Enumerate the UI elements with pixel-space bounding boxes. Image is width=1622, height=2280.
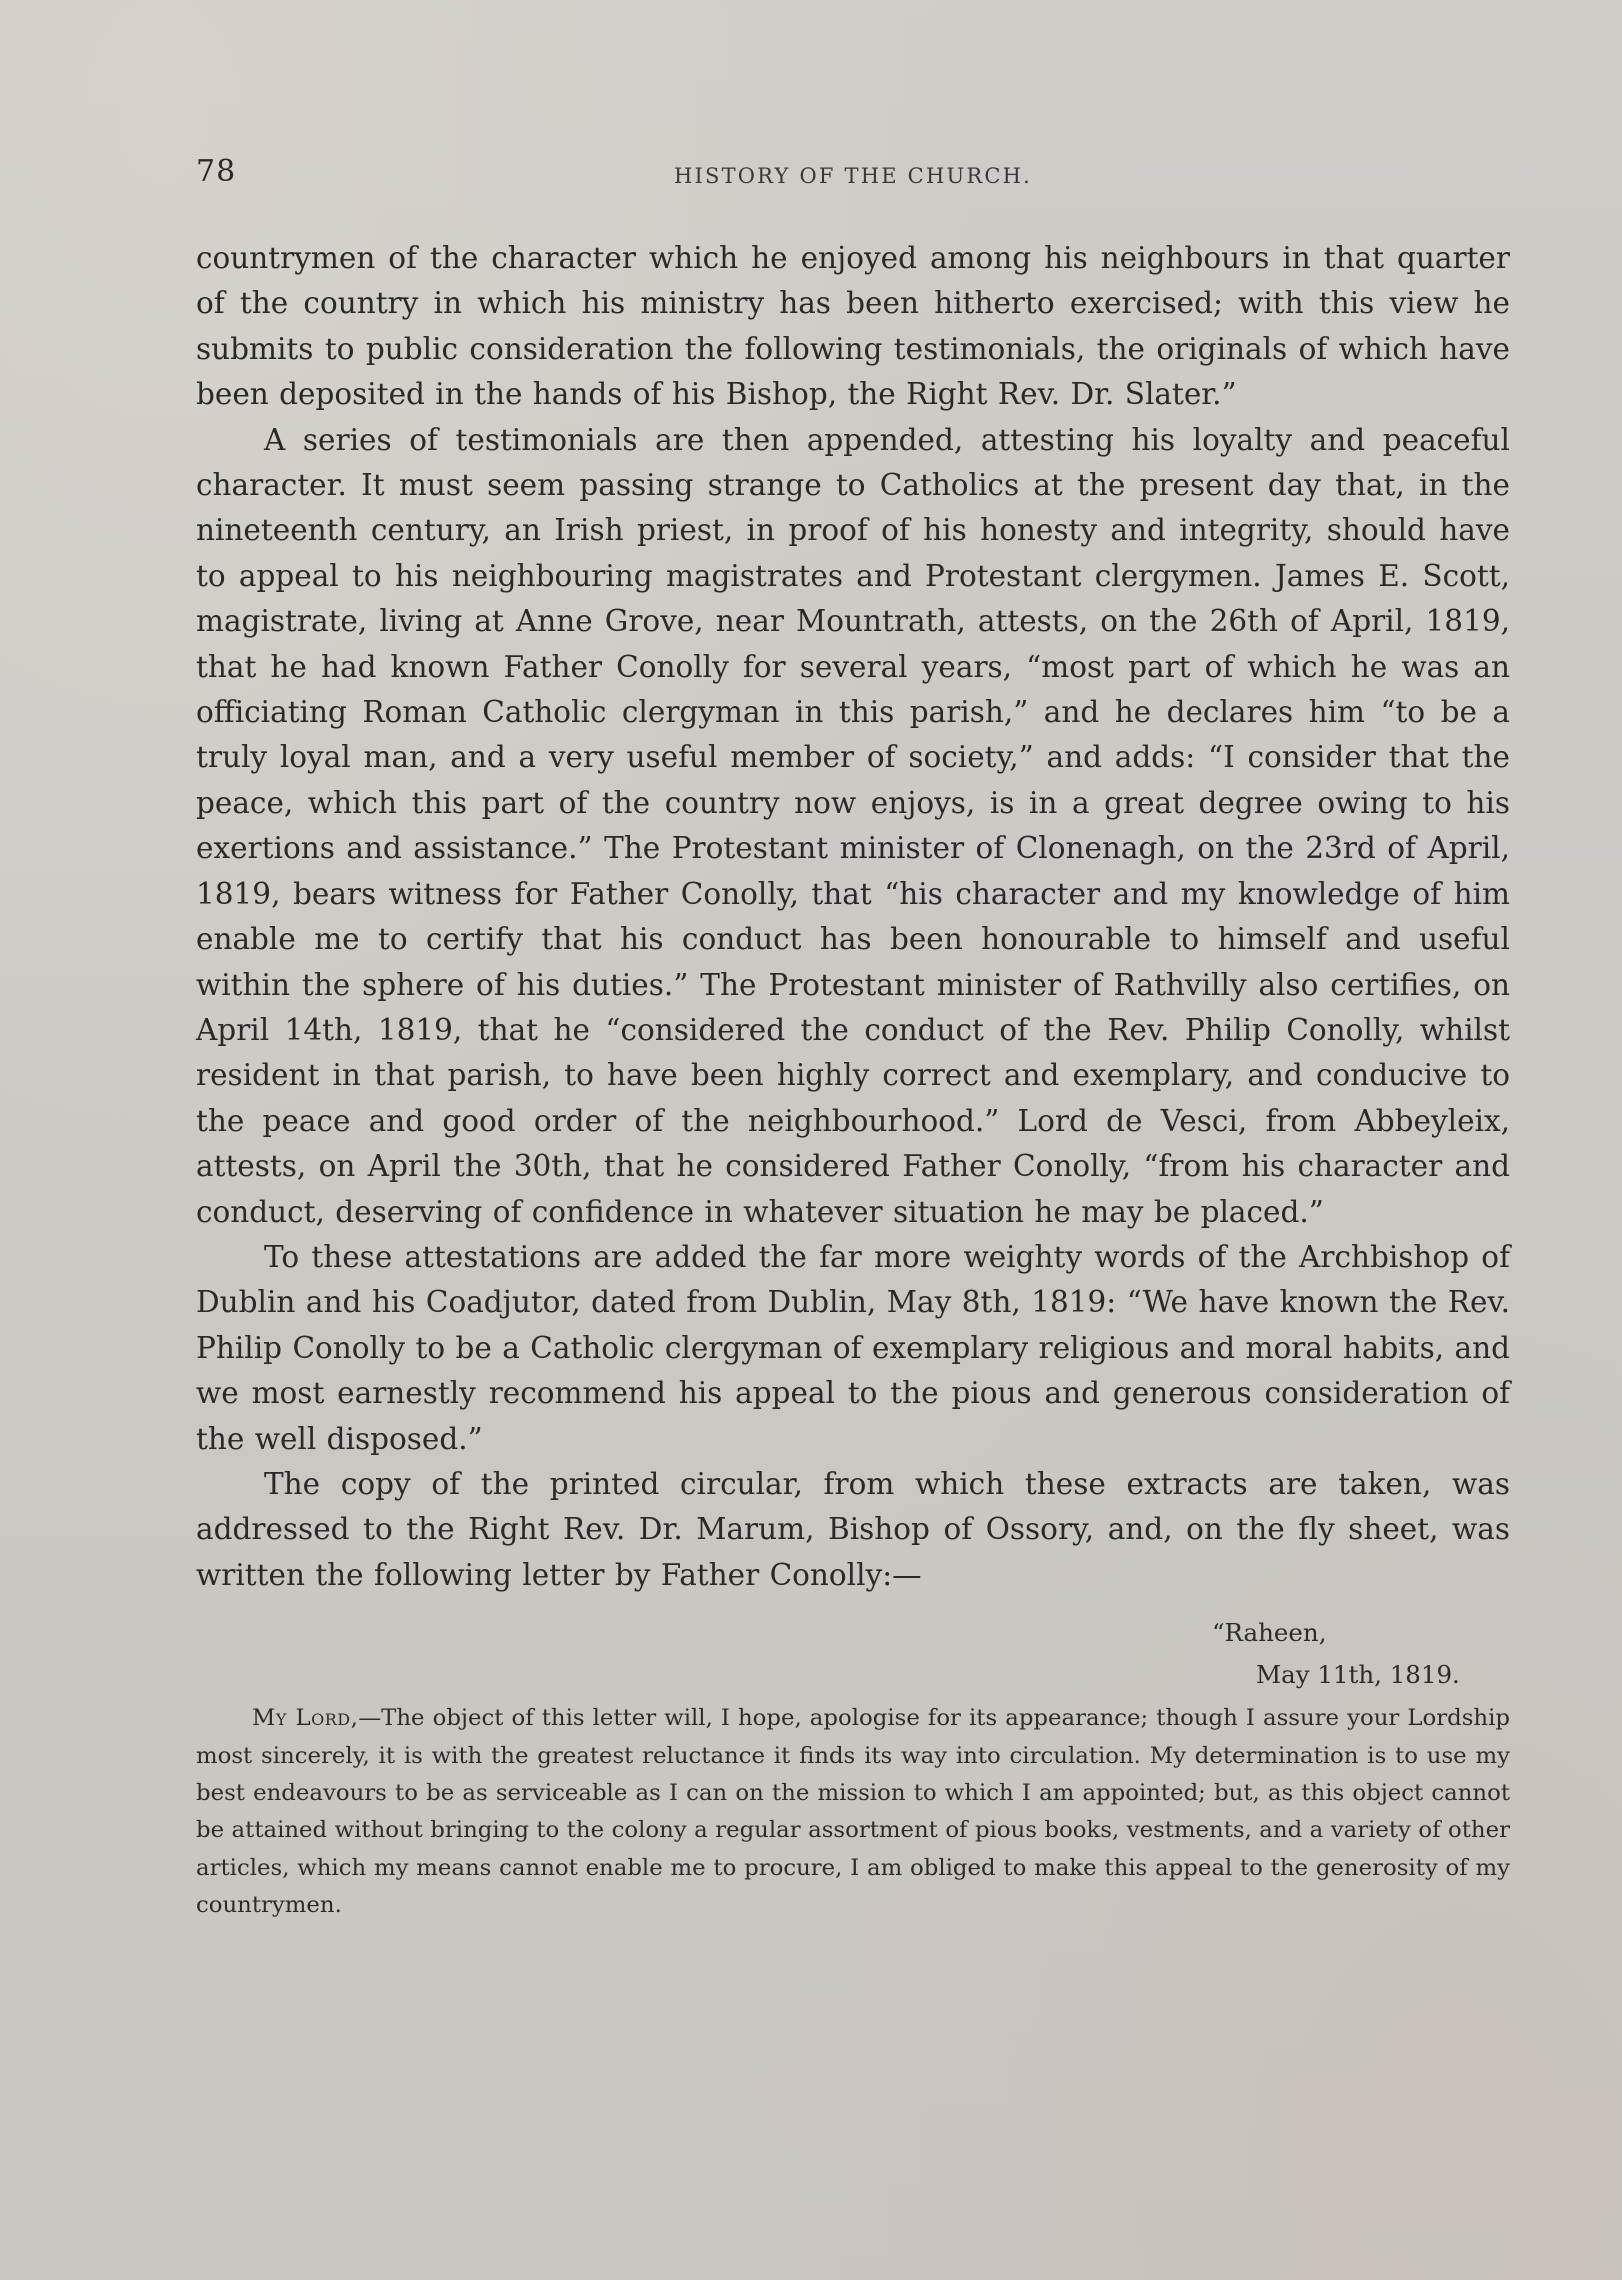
- letter-date: May 11th, 1819.: [196, 1654, 1510, 1696]
- letter-place: “Raheen,: [196, 1612, 1510, 1654]
- body-text: countrymen of the character which he enj…: [196, 236, 1510, 1598]
- paragraph-circular: The copy of the printed circular, from w…: [196, 1462, 1510, 1598]
- paragraph-continuation: countrymen of the character which he enj…: [196, 236, 1510, 418]
- paragraph-testimonials: A series of testimonials are then append…: [196, 418, 1510, 1235]
- book-page: 78 History of the Church. countrymen of …: [196, 150, 1510, 1925]
- letter-salutation: My Lord,: [252, 1705, 358, 1731]
- letter-paragraph: My Lord,—The object of this letter will,…: [196, 1700, 1510, 1924]
- running-head: 78 History of the Church.: [196, 150, 1510, 194]
- letter-dateline: “Raheen, May 11th, 1819.: [196, 1612, 1510, 1696]
- running-title: History of the Church.: [196, 164, 1510, 188]
- letter-body: My Lord,—The object of this letter will,…: [196, 1700, 1510, 1924]
- paragraph-archbishop: To these attestations are added the far …: [196, 1235, 1510, 1462]
- letter-text: —The object of this letter will, I hope,…: [196, 1705, 1510, 1918]
